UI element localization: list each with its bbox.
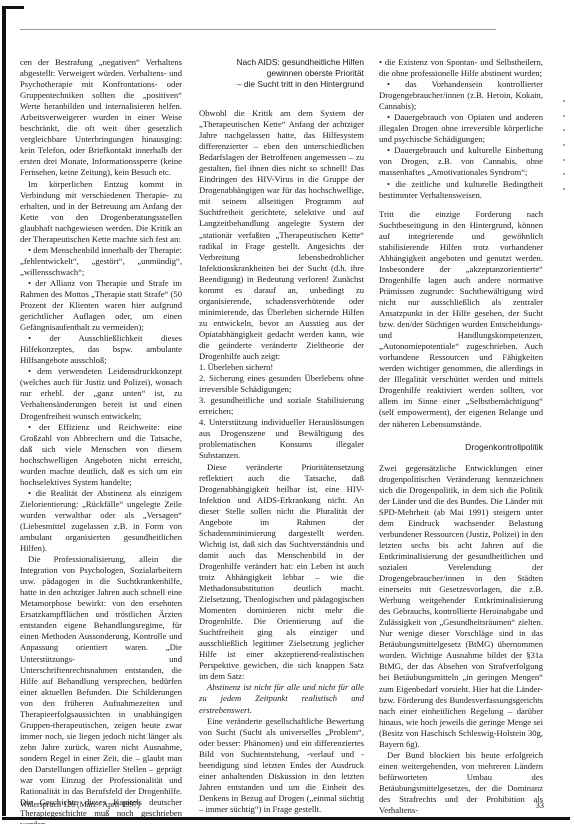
numbered-item: 1. Überleben sichern! xyxy=(199,362,364,373)
column-2: Obwohl die Kritik am dem System der „The… xyxy=(199,108,364,815)
footer-issue: Widerspruch 126 (März / April 1997) xyxy=(20,800,140,809)
bullet-item: dem verwendeten Leidensdruckkonzept (wel… xyxy=(20,366,182,421)
numbered-item: 2. Sicherung eines gesunden Überlebens o… xyxy=(199,373,364,395)
bullet-item: die Realität der Abstinenz als einzigem … xyxy=(20,488,182,554)
subheading-line: Nach AIDS: gesundheitliche Hilfen xyxy=(199,57,364,68)
numbered-item: 3. gesundheitliche und soziale Stabilisi… xyxy=(199,395,364,417)
bullet-item: die zeitliche und kulturelle Bedingtheit… xyxy=(379,179,543,201)
bullet-item: das Vorhandensein kontrollierter Drogeng… xyxy=(379,79,543,112)
article-subheading: Nach AIDS: gesundheitliche Hilfen gewinn… xyxy=(199,57,364,90)
bullet-item: der Ausschließlichkeit dieses Hilfekonze… xyxy=(20,333,182,366)
paragraph: Zwei gegensätzliche Entwicklungen einer … xyxy=(379,463,543,750)
paragraph: Diese veränderte Prioritätensetzung refl… xyxy=(199,462,364,683)
bullet-item: Dauergebrauch und kulturelle Einbettung … xyxy=(379,145,543,178)
subheading-line: – die Sucht tritt in den Hintergrund xyxy=(199,79,364,90)
bullet-item: der Effizienz und Reichweite: eine Großz… xyxy=(20,422,182,488)
scan-page-edge-left xyxy=(2,6,6,816)
column-3: die Existenz von Spontan- und Selbstheil… xyxy=(379,57,543,816)
page-number: 33 xyxy=(536,800,545,810)
paragraph: Obwohl die Kritik am dem System der „The… xyxy=(199,108,364,362)
header-rule xyxy=(20,29,496,30)
column-1: cen der Bestrafung „negativen“ Verhalten… xyxy=(20,57,182,824)
section-heading: Drogenkontrollpolitik xyxy=(379,442,543,453)
bullet-item: Dauergebrauch von Opiaten und anderen il… xyxy=(379,112,543,145)
paragraph: Tritt die einzige Forderung nach Suchtbe… xyxy=(379,209,543,430)
paragraph: cen der Bestrafung „negativen“ Verhalten… xyxy=(20,57,182,179)
margin-scan-marks xyxy=(560,100,568,190)
paragraph: Der Bund blockiert bis heute erfolgreich… xyxy=(379,750,543,816)
numbered-item: 4. Unterstützung individueller Herauslös… xyxy=(199,417,364,461)
bullet-item: die Existenz von Spontan- und Selbstheil… xyxy=(379,57,543,79)
scan-page-edge-top xyxy=(2,6,24,9)
paragraph: Eine veränderte gesellschaftliche Bewert… xyxy=(199,716,364,815)
bullet-item: dem Menschenbild innerhalb der Therapie:… xyxy=(20,245,182,278)
paragraph: Im körperlichen Entzug kommt in Verbindu… xyxy=(20,179,182,245)
italic-quote: Abstinenz ist nicht für alle und nicht f… xyxy=(199,682,364,715)
bullet-item: der Allianz von Therapie und Strafe im R… xyxy=(20,278,182,333)
subheading-line: gewinnen oberste Priorität xyxy=(199,68,364,79)
paragraph: Die Professionalisierung, allein die Int… xyxy=(20,554,182,824)
